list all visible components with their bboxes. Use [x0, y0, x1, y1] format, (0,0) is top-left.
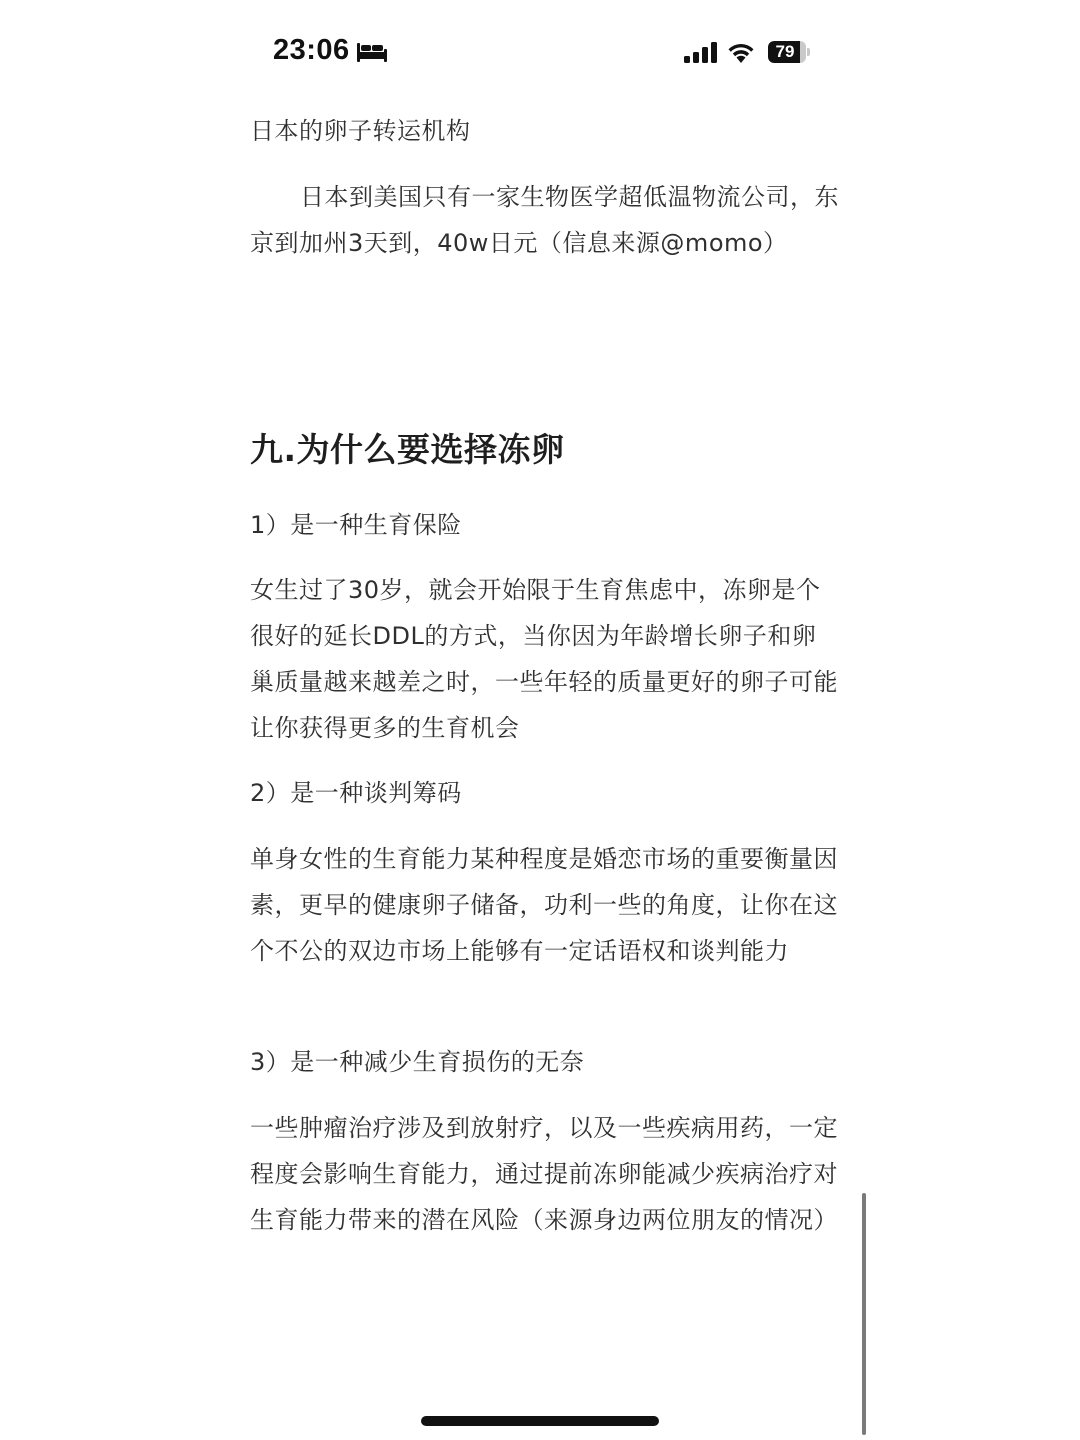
- intro-body: 日本到美国只有一家生物医学超低温物流公司，东京到加州3天到，40w日元（信息来源…: [250, 174, 840, 266]
- section-heading: 九.为什么要选择冻卵: [250, 428, 840, 472]
- battery-indicator: 79: [768, 41, 810, 63]
- status-bar: 23:06 79: [0, 0, 1080, 100]
- point-2-title: 2）是一种谈判筹码: [250, 770, 840, 816]
- bed-icon: [357, 43, 387, 62]
- point-1-title: 1）是一种生育保险: [250, 502, 840, 548]
- battery-body: 79: [768, 41, 806, 63]
- vertical-scrollbar[interactable]: [862, 1193, 866, 1435]
- point-3-body: 一些肿瘤治疗涉及到放射疗，以及一些疾病用药，一定程度会影响生育能力，通过提前冻卵…: [250, 1105, 840, 1243]
- point-2-body: 单身女性的生育能力某种程度是婚恋市场的重要衡量因素，更早的健康卵子储备，功利一些…: [250, 836, 840, 974]
- wifi-icon: [727, 41, 755, 63]
- home-indicator[interactable]: [421, 1416, 659, 1426]
- battery-cap: [807, 48, 810, 56]
- cellular-signal-icon: [684, 42, 718, 63]
- intro-title: 日本的卵子转运机构: [250, 108, 840, 154]
- point-1-body: 女生过了30岁，就会开始限于生育焦虑中，冻卵是个很好的延长DDL的方式，当你因为…: [250, 567, 840, 751]
- battery-level: 79: [768, 41, 802, 63]
- status-time: 23:06: [273, 34, 350, 67]
- point-3-title: 3）是一种减少生育损伤的无奈: [250, 1039, 840, 1085]
